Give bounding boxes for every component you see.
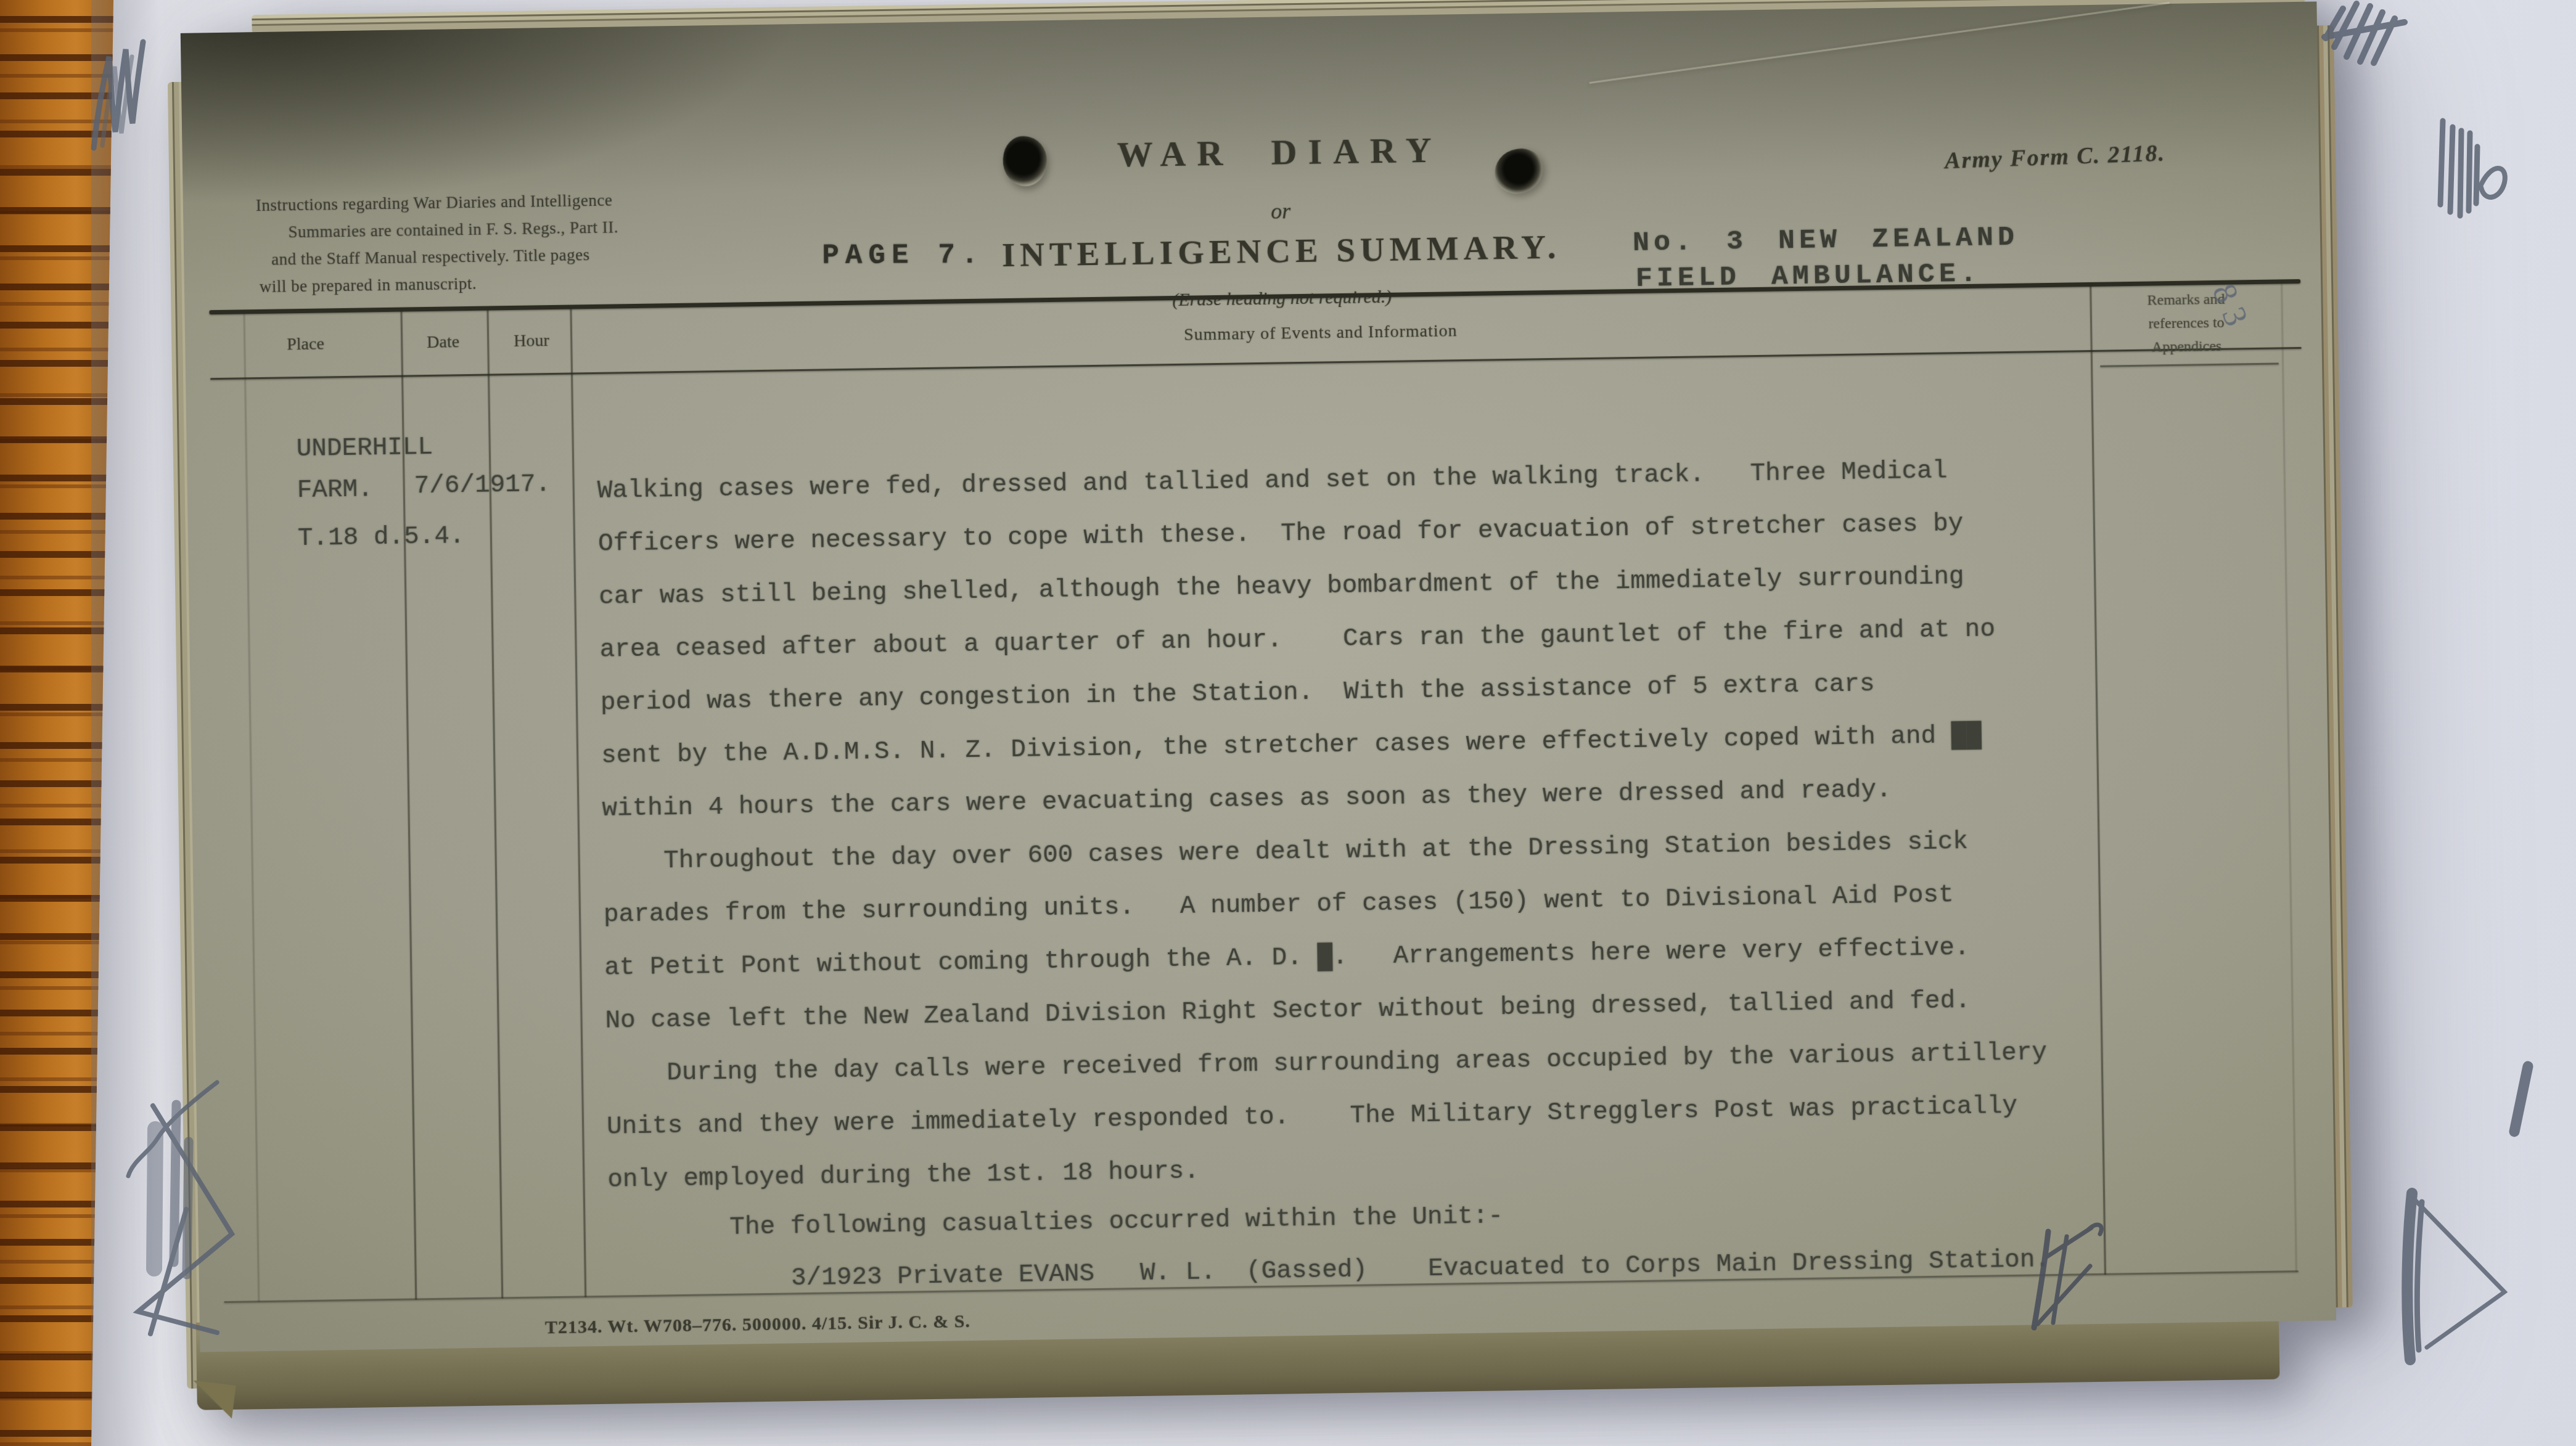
table-left-border [243,312,260,1302]
summary-line-1: Walking cases were fed, dressed and tall… [597,457,1947,505]
col-header-hour: Hour [514,331,549,351]
army-form-number: Army Form C. 2118. [1944,139,2165,174]
col-header-summary: Summary of Events and Information [1184,321,1458,345]
table-right-border [2281,282,2297,1272]
summary-line-11: No case left the New Zealand Division Ri… [605,987,1971,1035]
remarks-underline [2100,362,2279,367]
divider-date-hour [486,309,503,1299]
summary-line-3: car was still being shelled, although th… [599,563,1964,611]
col-header-place: Place [287,334,324,354]
entry-place-line-2: FARM. [297,475,373,505]
summary-line-9: parades from the surrounding units. A nu… [604,881,1954,929]
remarks-line-2: references to [2095,310,2278,336]
unit-stamp-line-1: No. 3 NEW ZEALAND [1633,222,2019,259]
curled-corner [189,1380,236,1418]
form-title: WAR DIARY [1033,128,1527,177]
desk-edge-shadow [91,0,159,1446]
table-header-rule [210,347,2302,380]
divider-summary-remarks [2090,285,2106,1275]
summary-line-13: Units and they were immediately responde… [607,1092,2018,1142]
form-title-or: or [1034,195,1528,228]
summary-line-2: Officers were necessary to cope with the… [598,510,1964,558]
summary-line-10: at Petit Pont without coming through the… [604,934,1970,982]
summary-line-7: within 4 hours the cars were evacuating … [602,776,1892,823]
col-header-date: Date [427,332,459,353]
entry-place-line-1: UNDERHILL [296,433,433,464]
instructions-line-1: Instructions regarding War Diaries and I… [256,192,613,214]
summary-line-5: period was there any congestion in the S… [601,670,1875,717]
printer-imprint: T2134. Wt. W708–776. 500000. 4/15. Sir J… [545,1311,970,1338]
document-stack: Instructions regarding War Diaries and I… [172,0,2350,1410]
instructions-line-2: Summaries are contained in F. S. Regs., … [288,219,618,240]
summary-line-15: The following casualties occurred within… [608,1202,1503,1244]
instructions-line-4: will be prepared in manuscript. [260,276,477,295]
summary-line-16: 3/1923 Private EVANS W. L. (Gassed) Evac… [609,1246,2051,1296]
divider-hour-summary [570,308,586,1297]
remarks-line-3: Appendices [2095,333,2278,359]
summary-line-14: only employed during the 1st. 18 hours. [607,1158,1199,1195]
summary-line-6: sent by the A.D.M.S. N. Z. Division, the… [601,722,1982,770]
entry-map-reference: T.18 d.5.4. [298,522,465,553]
war-diary-sheet: Instructions regarding War Diaries and I… [181,1,2336,1352]
summary-line-8: Throughout the day over 600 cases were d… [602,828,1968,876]
col-header-remarks: Remarks and references to Appendices [2094,287,2278,359]
paper-crease [1589,2,2170,84]
form-subtitle: INTELLIGENCE SUMMARY. [911,226,1652,276]
remarks-line-1: Remarks and [2094,287,2278,312]
entry-date: 7/6/1917. [414,470,551,500]
instructions-line-3: and the Staff Manual respectively. Title… [271,247,590,268]
summary-line-12: During the day calls were received from … [606,1039,2048,1089]
summary-line-4: area ceased after about a quarter of an … [599,615,1995,664]
